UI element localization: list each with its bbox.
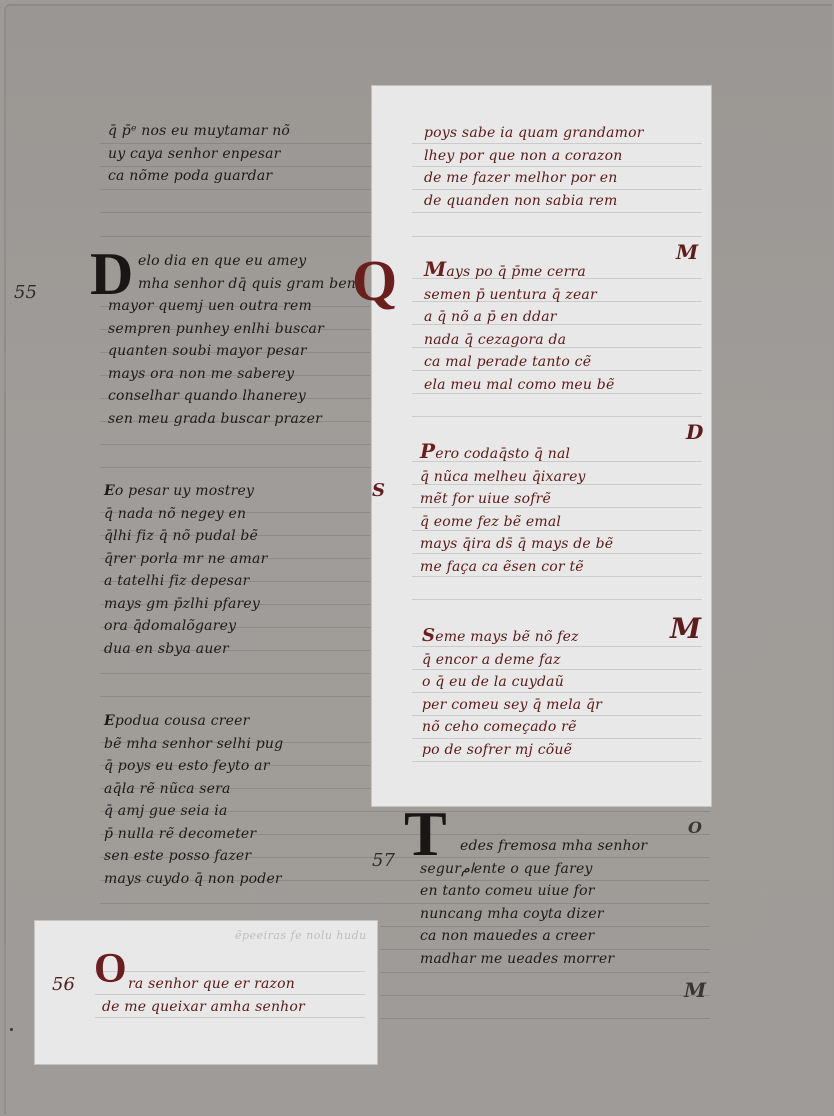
stanza-initial: M (424, 257, 446, 281)
stanza-initial: E (104, 713, 115, 729)
verse-line: q̄ eome fez bẽ emal (420, 511, 613, 534)
verse-line: q̄ nada nõ negey en (104, 503, 267, 526)
verse-line: po de sofrer mj cõuẽ (422, 739, 602, 762)
verse-line: ca mal perade tanto cẽ (424, 351, 614, 374)
stanza-left-3: Eo pesar uy mostrey q̄ nada nõ negey en … (104, 480, 267, 660)
verse-line: q̄lhi fiz q̄ nõ pudal bẽ (104, 525, 267, 548)
stanza-left-2: elo dia en que eu amey mha senhor dq̄ qu… (108, 250, 356, 430)
verse-line: ora q̄domalõgarey (104, 615, 267, 638)
verse-line: q̄ encor a deme faz (422, 649, 602, 672)
verse-line: sen este posso fazer (104, 845, 283, 868)
verse-line: per comeu sey q̄ mela q̄r (422, 694, 602, 717)
verse-line: q̄ amj gue seia ia (104, 800, 283, 823)
verse-line: mẽt for uiue sofrẽ (420, 488, 613, 511)
verse-line: Eo pesar uy mostrey (104, 480, 267, 503)
stanza-left-4: Epodua cousa creer bẽ mha senhor selhi p… (104, 710, 283, 890)
verse-line: a tatelhi fiz depesar (104, 570, 267, 593)
verse-line: de me queixar amha senhor (102, 996, 305, 1019)
verse-text: ero codaq̄sto q̄ nal (435, 446, 570, 462)
verse-line: Seme mays bẽ nõ fez (422, 625, 602, 649)
verse-line: q̄ p̄ᵉ nos eu muytamar nõ (108, 120, 290, 143)
stanza-hl-4: Seme mays bẽ nõ fez q̄ encor a deme faz … (422, 625, 602, 761)
verse-line: mays ora non me saberey (108, 363, 356, 386)
verse-text: eme mays bẽ nõ fez (435, 629, 579, 645)
verse-text: o pesar uy mostrey (115, 483, 254, 499)
verse-line: ca non mauedes a creer (420, 925, 647, 948)
verse-line: edes fremosa mha senhor (420, 835, 647, 858)
verse-line: p̄ nulla rẽ decometer (104, 823, 283, 846)
verse-line: semen p̄ uentura q̄ zear (424, 284, 614, 307)
verse-line: elo dia en que eu amey (108, 250, 356, 273)
bleed-through-text: ẽpeeiras fe nolu hudu (235, 929, 367, 942)
verse-line: ca nõme poda guardar (108, 165, 290, 188)
marginal-initial: S (372, 480, 385, 501)
verse-line: poys sabe ia quam grandamor (424, 122, 644, 145)
verse-line: en tanto comeu uiue for (420, 880, 647, 903)
verse-line: mha senhor dq̄ quis gram ben (108, 273, 356, 296)
verse-line: q̄ nũca melheu q̄ixarey (420, 466, 613, 489)
verse-line: uy caya senhor enpesar (108, 143, 290, 166)
folio-number: 56 (52, 974, 75, 995)
verse-text: ays po q̄ p̄me cerra (446, 264, 586, 280)
verse-line: nõ ceho começado rẽ (422, 716, 602, 739)
ink-speck (10, 1028, 13, 1031)
marginal-initial: D (686, 420, 703, 444)
decorated-initial-q: Q (352, 252, 397, 310)
verse-line: nada q̄ cezagora da (424, 329, 614, 352)
folio-number: 57 (372, 850, 395, 871)
marginal-initial: M (676, 240, 698, 264)
verse-line: dua en sbya auer (104, 638, 267, 661)
verse-line: aq̄la rẽ nũca sera (104, 778, 283, 801)
marginal-initial: M (684, 978, 706, 1002)
verse-line: conselhar quando lhanerey (108, 385, 356, 408)
verse-text: podua cousa creer (115, 713, 250, 729)
verse-line: Mays po q̄ p̄me cerra (424, 258, 614, 284)
verse-line: Epodua cousa creer (104, 710, 283, 733)
verse-line: bẽ mha senhor selhi pug (104, 733, 283, 756)
verse-line: ela meu mal como meu bẽ (424, 374, 614, 397)
verse-line: a q̄ nõ a p̄ en ddar (424, 306, 614, 329)
stanza-hl-1: poys sabe ia quam grandamor lhey por que… (424, 122, 644, 212)
verse-line: quanten soubi mayor pesar (108, 340, 356, 363)
verse-line: lhey por que non a corazon (424, 145, 644, 168)
folio-number: 55 (14, 282, 37, 303)
marginal-initial: M (670, 612, 701, 645)
stanza-initial: E (104, 483, 115, 499)
verse-line: mays gm p̄zlhi pfarey (104, 593, 267, 616)
stanza-left-1: q̄ p̄ᵉ nos eu muytamar nõ uy caya senhor… (108, 120, 290, 188)
verse-line: nuncang mha coyta dizer (420, 903, 647, 926)
verse-line: de me fazer melhor por en (424, 167, 644, 190)
verse-line: sen meu grada buscar prazer (108, 408, 356, 431)
verse-line: q̄ poys eu esto feyto ar (104, 755, 283, 778)
stanza-hl-3: Pero codaq̄sto q̄ nal q̄ nũca melheu q̄i… (420, 440, 613, 578)
verse-line: me faça ca ẽsen cor tẽ (420, 556, 613, 579)
verse-line: mays q̄ira ds̄ q̄ mays de bẽ (420, 533, 613, 556)
verse-line: de quanden non sabia rem (424, 190, 644, 213)
manuscript-page: 55 57 q̄ p̄ᵉ nos eu muytamar nõ uy caya … (0, 0, 834, 1116)
verse-line: madhar me ueades morrer (420, 948, 647, 971)
verse-line: segurامente o que farey (420, 858, 647, 881)
marginal-initial: O (688, 818, 702, 837)
stanza-initial: S (422, 625, 435, 646)
stanza-right-lower: edes fremosa mha senhor segurامente o qu… (420, 835, 647, 970)
verse-line: o q̄ eu de la cuydaũ (422, 671, 602, 694)
stanza-initial: P (420, 439, 435, 463)
verse-line: q̄rer porla mr ne amar (104, 548, 267, 571)
verse-line: mayor quemj uen outra rem (108, 295, 356, 318)
stanza-hl-bottom: ra senhor que er razon de me queixar amh… (102, 973, 305, 1018)
stanza-hl-2: Mays po q̄ p̄me cerra semen p̄ uentura q… (424, 258, 614, 396)
verse-line: mays cuydo q̄ non poder (104, 868, 283, 891)
verse-line: ra senhor que er razon (102, 973, 305, 996)
verse-line: sempren punhey enlhi buscar (108, 318, 356, 341)
verse-line: Pero codaq̄sto q̄ nal (420, 440, 613, 466)
